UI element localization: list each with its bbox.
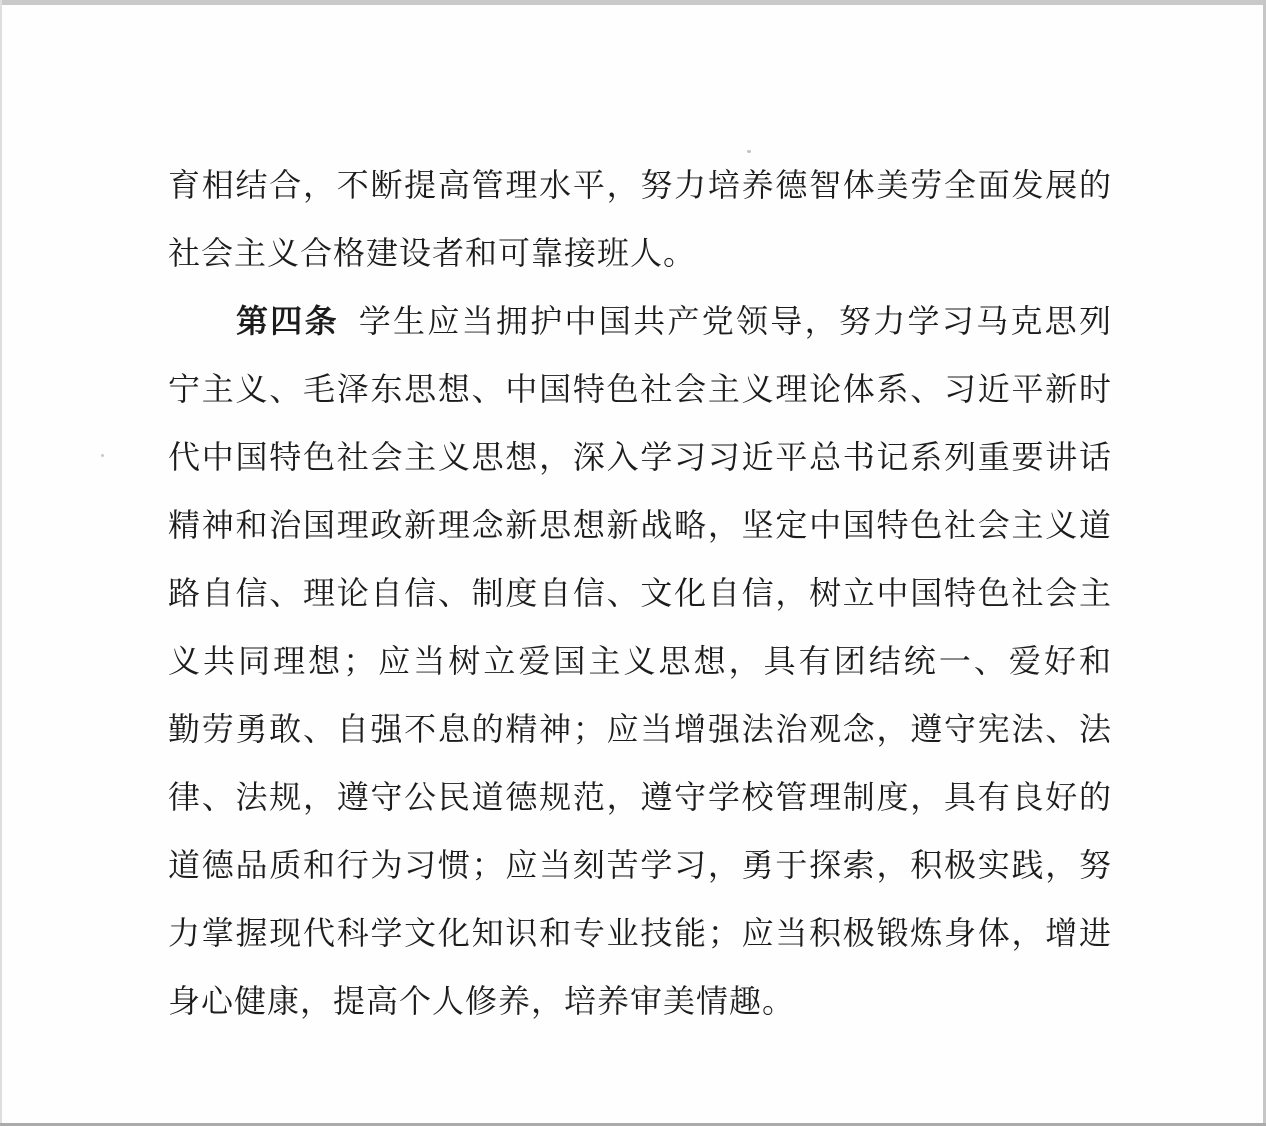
- text-line: 宁主义、毛泽东思想、中国特色社会主义理论体系、习近平新时: [168, 355, 1112, 423]
- line-text: 社会主义合格建设者和可靠接班人。: [168, 235, 696, 271]
- line-text: 勤劳勇敢、自强不息的精神；应当增强法治观念，遵守宪法、法: [168, 711, 1112, 747]
- text-line: 育相结合，不断提高管理水平，努力培养德智体美劳全面发展的: [168, 151, 1112, 219]
- scan-speck: [101, 454, 104, 457]
- text-line: 社会主义合格建设者和可靠接班人。: [168, 219, 1112, 287]
- text-line: 力掌握现代科学文化知识和专业技能；应当积极锻炼身体，增进: [168, 899, 1112, 967]
- line-text: 义共同理想；应当树立爱国主义思想，具有团结统一、爱好和平、: [168, 643, 1112, 695]
- scanned-document-page: 育相结合，不断提高管理水平，努力培养德智体美劳全面发展的社会主义合格建设者和可靠…: [0, 0, 1266, 1126]
- text-line: 律、法规，遵守公民道德规范，遵守学校管理制度，具有良好的: [168, 763, 1112, 831]
- text-line: 勤劳勇敢、自强不息的精神；应当增强法治观念，遵守宪法、法: [168, 695, 1112, 763]
- line-text: 身心健康，提高个人修养，培养审美情趣。: [168, 983, 795, 1019]
- text-line: 身心健康，提高个人修养，培养审美情趣。: [168, 967, 1112, 1035]
- line-text: 力掌握现代科学文化知识和专业技能；应当积极锻炼身体，增进: [168, 915, 1112, 951]
- line-text: 宁主义、毛泽东思想、中国特色社会主义理论体系、习近平新时: [168, 371, 1112, 407]
- text-line: 路自信、理论自信、制度自信、文化自信，树立中国特色社会主: [168, 559, 1112, 627]
- text-line: 义共同理想；应当树立爱国主义思想，具有团结统一、爱好和平、: [168, 627, 1112, 695]
- line-text: 道德品质和行为习惯；应当刻苦学习，勇于探索，积极实践，努: [168, 847, 1112, 883]
- line-text: 育相结合，不断提高管理水平，努力培养德智体美劳全面发展的: [168, 167, 1112, 203]
- line-text: 律、法规，遵守公民道德规范，遵守学校管理制度，具有良好的: [168, 779, 1112, 815]
- line-text: 代中国特色社会主义思想，深入学习习近平总书记系列重要讲话: [168, 439, 1112, 475]
- article-number-heading: 第四条: [236, 303, 339, 339]
- text-line: 代中国特色社会主义思想，深入学习习近平总书记系列重要讲话: [168, 423, 1112, 491]
- text-line: 第四条学生应当拥护中国共产党领导，努力学习马克思列: [168, 287, 1112, 355]
- text-line: 道德品质和行为习惯；应当刻苦学习，勇于探索，积极实践，努: [168, 831, 1112, 899]
- document-text-block: 育相结合，不断提高管理水平，努力培养德智体美劳全面发展的社会主义合格建设者和可靠…: [168, 151, 1112, 1035]
- scan-edge-left: [0, 0, 2, 1126]
- line-text: 精神和治国理政新理念新思想新战略，坚定中国特色社会主义道: [168, 507, 1112, 543]
- line-text: 学生应当拥护中国共产党领导，努力学习马克思列: [359, 303, 1112, 339]
- scan-edge-top: [0, 0, 1266, 5]
- text-line: 精神和治国理政新理念新思想新战略，坚定中国特色社会主义道: [168, 491, 1112, 559]
- line-text: 路自信、理论自信、制度自信、文化自信，树立中国特色社会主: [168, 575, 1112, 611]
